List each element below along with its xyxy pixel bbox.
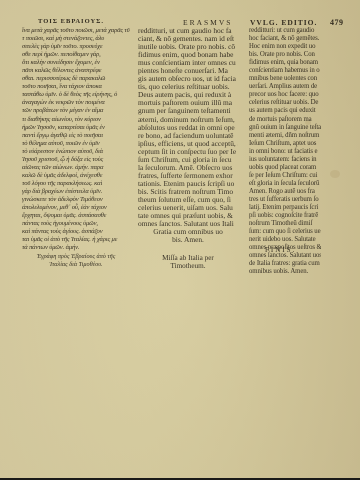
text-line: latij. Etenim perpaucis ſcri — [249, 204, 321, 212]
text-line: ſum: cum quo ſi celerius ue — [249, 228, 321, 236]
text-line: τι διαθήκης αἰωνίου, τὸν κύριον — [22, 116, 130, 124]
text-line: αἰῶνας τῶν αἰώνων. ἀμήν. παρα — [22, 164, 130, 172]
text-line: de mortuis paſtorem ma — [249, 116, 321, 124]
text-line: menti æterni, dñm noſtrum — [249, 132, 321, 140]
text-line: τὸ θέλημα αὐτοῦ, ποιῶν ἐν ὑμῖν — [22, 140, 130, 148]
greek-subscription-line: Ἰταλίας διὰ Τιμοθέου. — [22, 261, 130, 269]
text-line: celerius reſtituar uobis. De — [249, 99, 321, 107]
greek-subscription: Ἐγράφη πρὸς Ἑβραίους ἀπὸ τῆς Ἰταλίας διὰ… — [22, 253, 130, 269]
text-line: γὰρ διὰ βραχέων ἐπέστειλα ὑμῖν. — [22, 188, 130, 196]
text-line: fidimus enim, quia bonam — [249, 59, 321, 67]
book-page: ΤΟΙΣ ΕΒΡΑΙΟΥΣ. ERASMVS VVLG. EDITIO. 479… — [0, 0, 360, 478]
text-line: us autem pacis qui eduxit — [249, 107, 321, 115]
text-line: καὶ πάντας τοὺς ἁγίους. ἀσπάζον — [22, 228, 130, 236]
text-line: conſcientiam habemus in o — [249, 67, 321, 75]
text-line: pſi uobis: cognoſcite fratrē — [249, 212, 321, 220]
text-line: redditturi: ut cum gaudio — [249, 27, 321, 35]
text-line: τὰ πάντων ὑμῶν. ἀμήν. — [22, 244, 130, 252]
text-line: Ieſum Chriſtum, aptet uos — [249, 140, 321, 148]
text-line: Ἰησοῦ χριστοῦ, ᾧ ἡ δόξα εἰς τοὺς — [22, 156, 130, 164]
text-line: in omni bono: ut faciatis e — [249, 148, 321, 156]
text-line: eſt gloria in ſecula ſeculorū — [249, 180, 321, 188]
vulgate-running-head: VVLG. EDITIO. — [250, 18, 317, 27]
text-line: bis. Amen. — [138, 236, 238, 244]
text-line: bis. Orate pro nobis. Con — [249, 51, 321, 59]
text-line: tres ut ſufferatis uerbum ſo — [249, 196, 321, 204]
latin-subscription: Miſſa ab Italia per Timotheum. — [140, 254, 236, 270]
text-line: ται ὑμᾶς οἱ ἀπὸ τῆς Ἰταλίας. ἡ χάρις με — [22, 236, 130, 244]
text-line: ἀναγαγὼν ἐκ νεκρῶν τὸν ποιμένα — [22, 99, 130, 107]
text-line: ἵνα μετὰ χαρᾶς τοῦτο ποιῶσι, μετὰ χαρᾶς … — [22, 27, 130, 35]
text-line: σθαι. περισσοτέρως δὲ παρακαλῶ — [22, 75, 130, 83]
text-line: ſe per Ieſum Chriſtum: cui — [249, 172, 321, 180]
text-line: τὸ εὐάρεστον ἐνώπιον αὐτοῦ, διὰ — [22, 148, 130, 156]
text-line: ἡμῶν Ἰησοῦν, καταρτίσαι ὑμᾶς ἐν — [22, 124, 130, 132]
text-line: πᾶσι καλῶς θέλοντες ἀναστρέφε — [22, 67, 130, 75]
text-line: ἔρχηται, ὄψομαι ὑμᾶς. ἀσπάσασθε — [22, 212, 130, 220]
text-line: γινώσκετε τὸν ἀδελφὸν Τιμόθεον — [22, 196, 130, 204]
text-line: ἀπολελυμένον, μεθ᾽ οὗ, ἐὰν τάχιον — [22, 204, 130, 212]
erasmus-latin-column: redditturi, ut cum gaudio hoc faciant, &… — [138, 27, 238, 244]
text-line: nerit uidebo uos. Salutate — [249, 236, 321, 244]
text-line: τ ποιῶσι, καὶ μὴ στενάζοντες, ἀλυ — [22, 35, 130, 43]
text-line: τῶν προβάτων τὸν μέγαν ἐν αἵμα — [22, 107, 130, 115]
text-line: mnibus bene uolentes con — [249, 75, 321, 83]
greek-text-column: ἵνα μετὰ χαρᾶς τοῦτο ποιῶσι, μετὰ χαρᾶς … — [22, 27, 130, 252]
text-line: uerſari. Amplius autem de — [249, 83, 321, 91]
text-line: precor uos hoc facere: quo — [249, 91, 321, 99]
text-line: omnibus uobis. Amen. — [249, 268, 321, 276]
text-line: ius uoluntatem: faciens in — [249, 156, 321, 164]
text-line: ὅτι καλὴν συνείδησιν ἔχομεν, ἐν — [22, 59, 130, 67]
text-line: σιτελὲς γὰρ ὑμῖν τοῦτο. προσεύχε — [22, 43, 130, 51]
vulgate-latin-column: redditturi: ut cum gaudiohoc faciant, & … — [249, 27, 321, 276]
text-line: σθε περὶ ἡμῶν. πεποίθαμεν γάρ, — [22, 51, 130, 59]
text-line: de Italia fratres: gratia cum — [249, 260, 321, 268]
text-line: noſtrum Timotheū dimiſ — [249, 220, 321, 228]
text-line: πάντας τοὺς ἡγουμένους ὑμῶν, — [22, 220, 130, 228]
text-line: hoc faciant, & nō gemētes. — [249, 35, 321, 43]
latin-subscription-line: Miſſa ab Italia per — [140, 254, 236, 262]
paper-stain — [330, 170, 340, 178]
erasmus-running-head: ERASMVS — [183, 18, 232, 27]
text-line: ταστάθω ὑμῖν. ὁ δὲ θεὸς τῆς εἰρήνης, ὁ — [22, 91, 130, 99]
latin-subscription-line: Timotheum. — [140, 262, 236, 270]
page-number: 479 — [330, 18, 344, 27]
text-line: Hoc enim non expedit uo — [249, 43, 321, 51]
finis-label: FINIS. — [265, 246, 296, 254]
greek-subscription-line: Ἐγράφη πρὸς Ἑβραίους ἀπὸ τῆς — [22, 253, 130, 261]
text-line: τοῦ λόγου τῆς παρακλήσεως. καὶ — [22, 180, 130, 188]
text-line: καλῶ δὲ ὑμᾶς ἀδελφοί, ἀνέχεσθε — [22, 172, 130, 180]
text-line: uobis quod placeat coram — [249, 164, 321, 172]
greek-running-head: ΤΟΙΣ ΕΒΡΑΙΟΥΣ. — [38, 18, 104, 25]
text-line: παντὶ ἔργῳ ἀγαθῷ εἰς τὸ ποιῆσαι — [22, 132, 130, 140]
text-line: gnū ouium in ſanguine teſta — [249, 124, 321, 132]
text-line: Amen. Rogo autē uos fra — [249, 188, 321, 196]
text-line: τοῦτο ποιῆσαι, ἵνα τάχιον ἀποκα — [22, 83, 130, 91]
